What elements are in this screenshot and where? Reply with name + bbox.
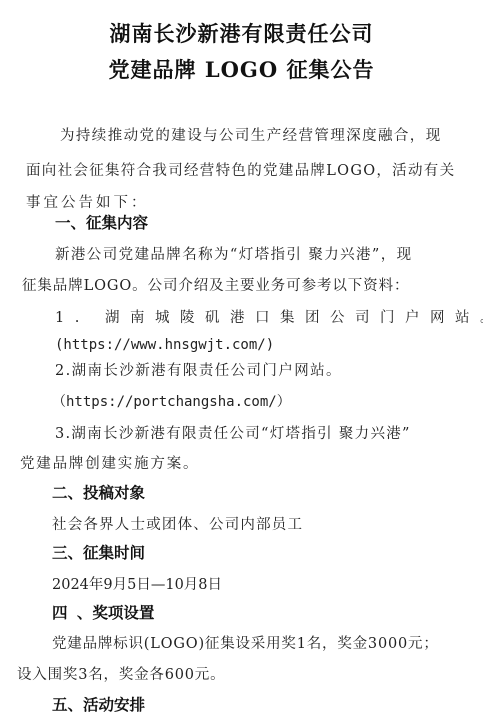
section-heading-content: 一、征集内容 xyxy=(55,211,148,233)
reference-item-1: 1. 湖南城陵矶港口集团公司门户网站。 xyxy=(55,306,483,327)
reference-link-2[interactable]: （https://portchangsha.com/） xyxy=(52,391,291,411)
submitters-text: 社会各界人士或团体、公司内部员工 xyxy=(52,513,303,534)
reference-link-1[interactable]: (https://www.hnsgwjt.com/) xyxy=(55,337,274,353)
section-heading-schedule: 五、活动安排 xyxy=(52,693,145,715)
intro-line-2: 面向社会征集符合我司经营特色的党建品牌LOGO，活动有关 xyxy=(26,159,455,180)
reference-item-2: 2.湖南长沙新港有限责任公司门户网站。 xyxy=(55,359,342,380)
awards-line-2: 设入围奖3名，奖金各600元。 xyxy=(17,663,225,684)
awards-line-1: 党建品牌标识(LOGO)征集设采用奖1名，奖金3000元； xyxy=(52,632,439,653)
section-heading-time: 三、征集时间 xyxy=(52,541,145,563)
document-title-notice: 党建品牌 LOGO 征集公告 xyxy=(0,54,483,84)
reference-item-3: 3.湖南长沙新港有限责任公司“灯塔指引 聚力兴港” xyxy=(55,422,411,443)
document-title-company: 湖南长沙新港有限责任公司 xyxy=(0,18,483,48)
section-heading-submitters: 二、投稿对象 xyxy=(52,481,145,503)
section-heading-awards: 四 、奖项设置 xyxy=(52,601,154,623)
content-line-1: 新港公司党建品牌名称为“灯塔指引 聚力兴港”，现 xyxy=(55,243,413,264)
intro-line-3: 事宜公告如下： xyxy=(26,191,149,212)
reference-item-3-cont: 党建品牌创建实施方案。 xyxy=(20,452,199,473)
collection-period: 2024年9月5日—10月8日 xyxy=(52,573,222,594)
content-line-2: 征集品牌LOGO。公司介绍及主要业务可参考以下资料： xyxy=(22,274,409,295)
intro-line-1: 为持续推动党的建设与公司生产经营管理深度融合，现 xyxy=(60,124,442,145)
